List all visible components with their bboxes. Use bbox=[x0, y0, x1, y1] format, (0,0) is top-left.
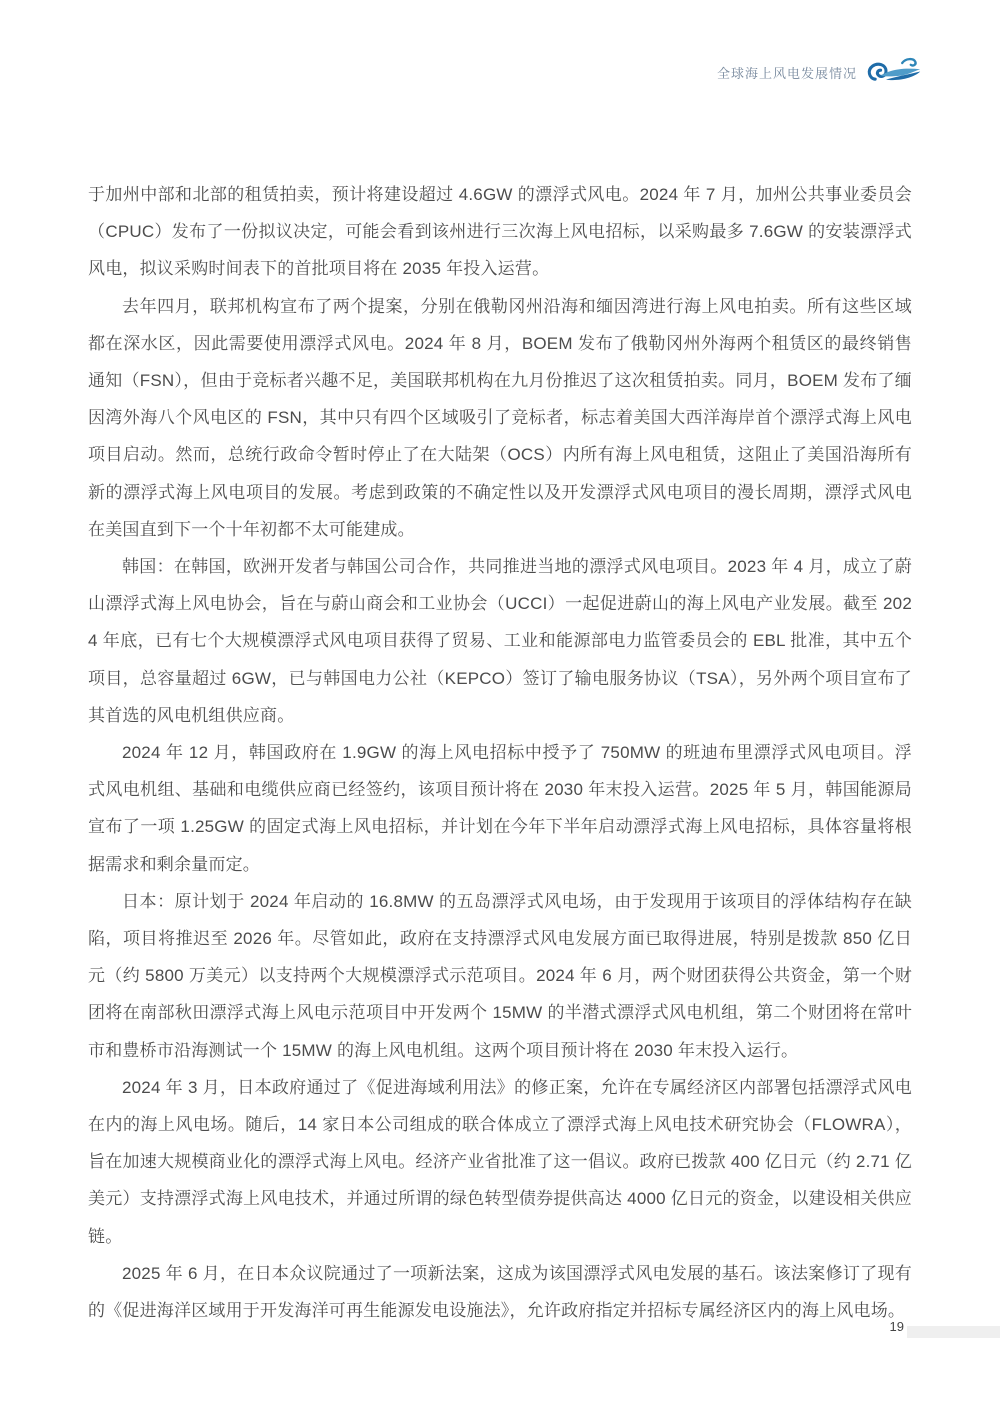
paragraph: 于加州中部和北部的租赁拍卖，预计将建设超过 4.6GW 的漂浮式风电。2024 … bbox=[88, 176, 912, 288]
document-body: 于加州中部和北部的租赁拍卖，预计将建设超过 4.6GW 的漂浮式风电。2024 … bbox=[88, 176, 912, 1329]
paragraph: 去年四月，联邦机构宣布了两个提案，分别在俄勒冈州沿海和缅因湾进行海上风电拍卖。所… bbox=[88, 288, 912, 548]
document-page: 全球海上风电发展情况 于加州中部和北部的租赁拍卖，预计将建设超过 4.6GW 的… bbox=[0, 0, 1000, 1414]
paragraph: 2024 年 12 月，韩国政府在 1.9GW 的海上风电招标中授予了 750M… bbox=[88, 734, 912, 883]
paragraph: 日本：原计划于 2024 年启动的 16.8MW 的五岛漂浮式风电场，由于发现用… bbox=[88, 883, 912, 1069]
wave-swirl-logo-icon bbox=[866, 54, 924, 90]
paragraph: 2025 年 6 月，在日本众议院通过了一项新法案，这成为该国漂浮式风电发展的基… bbox=[88, 1255, 912, 1329]
header-title: 全球海上风电发展情况 bbox=[717, 63, 857, 82]
footer-decorative-bar bbox=[907, 1326, 1000, 1338]
page-number: 19 bbox=[878, 1319, 904, 1334]
page-header: 全球海上风电发展情况 bbox=[717, 54, 924, 90]
paragraph: 2024 年 3 月，日本政府通过了《促进海域利用法》的修正案，允许在专属经济区… bbox=[88, 1069, 912, 1255]
paragraph: 韩国：在韩国，欧洲开发者与韩国公司合作，共同推进当地的漂浮式风电项目。2023 … bbox=[88, 548, 912, 734]
